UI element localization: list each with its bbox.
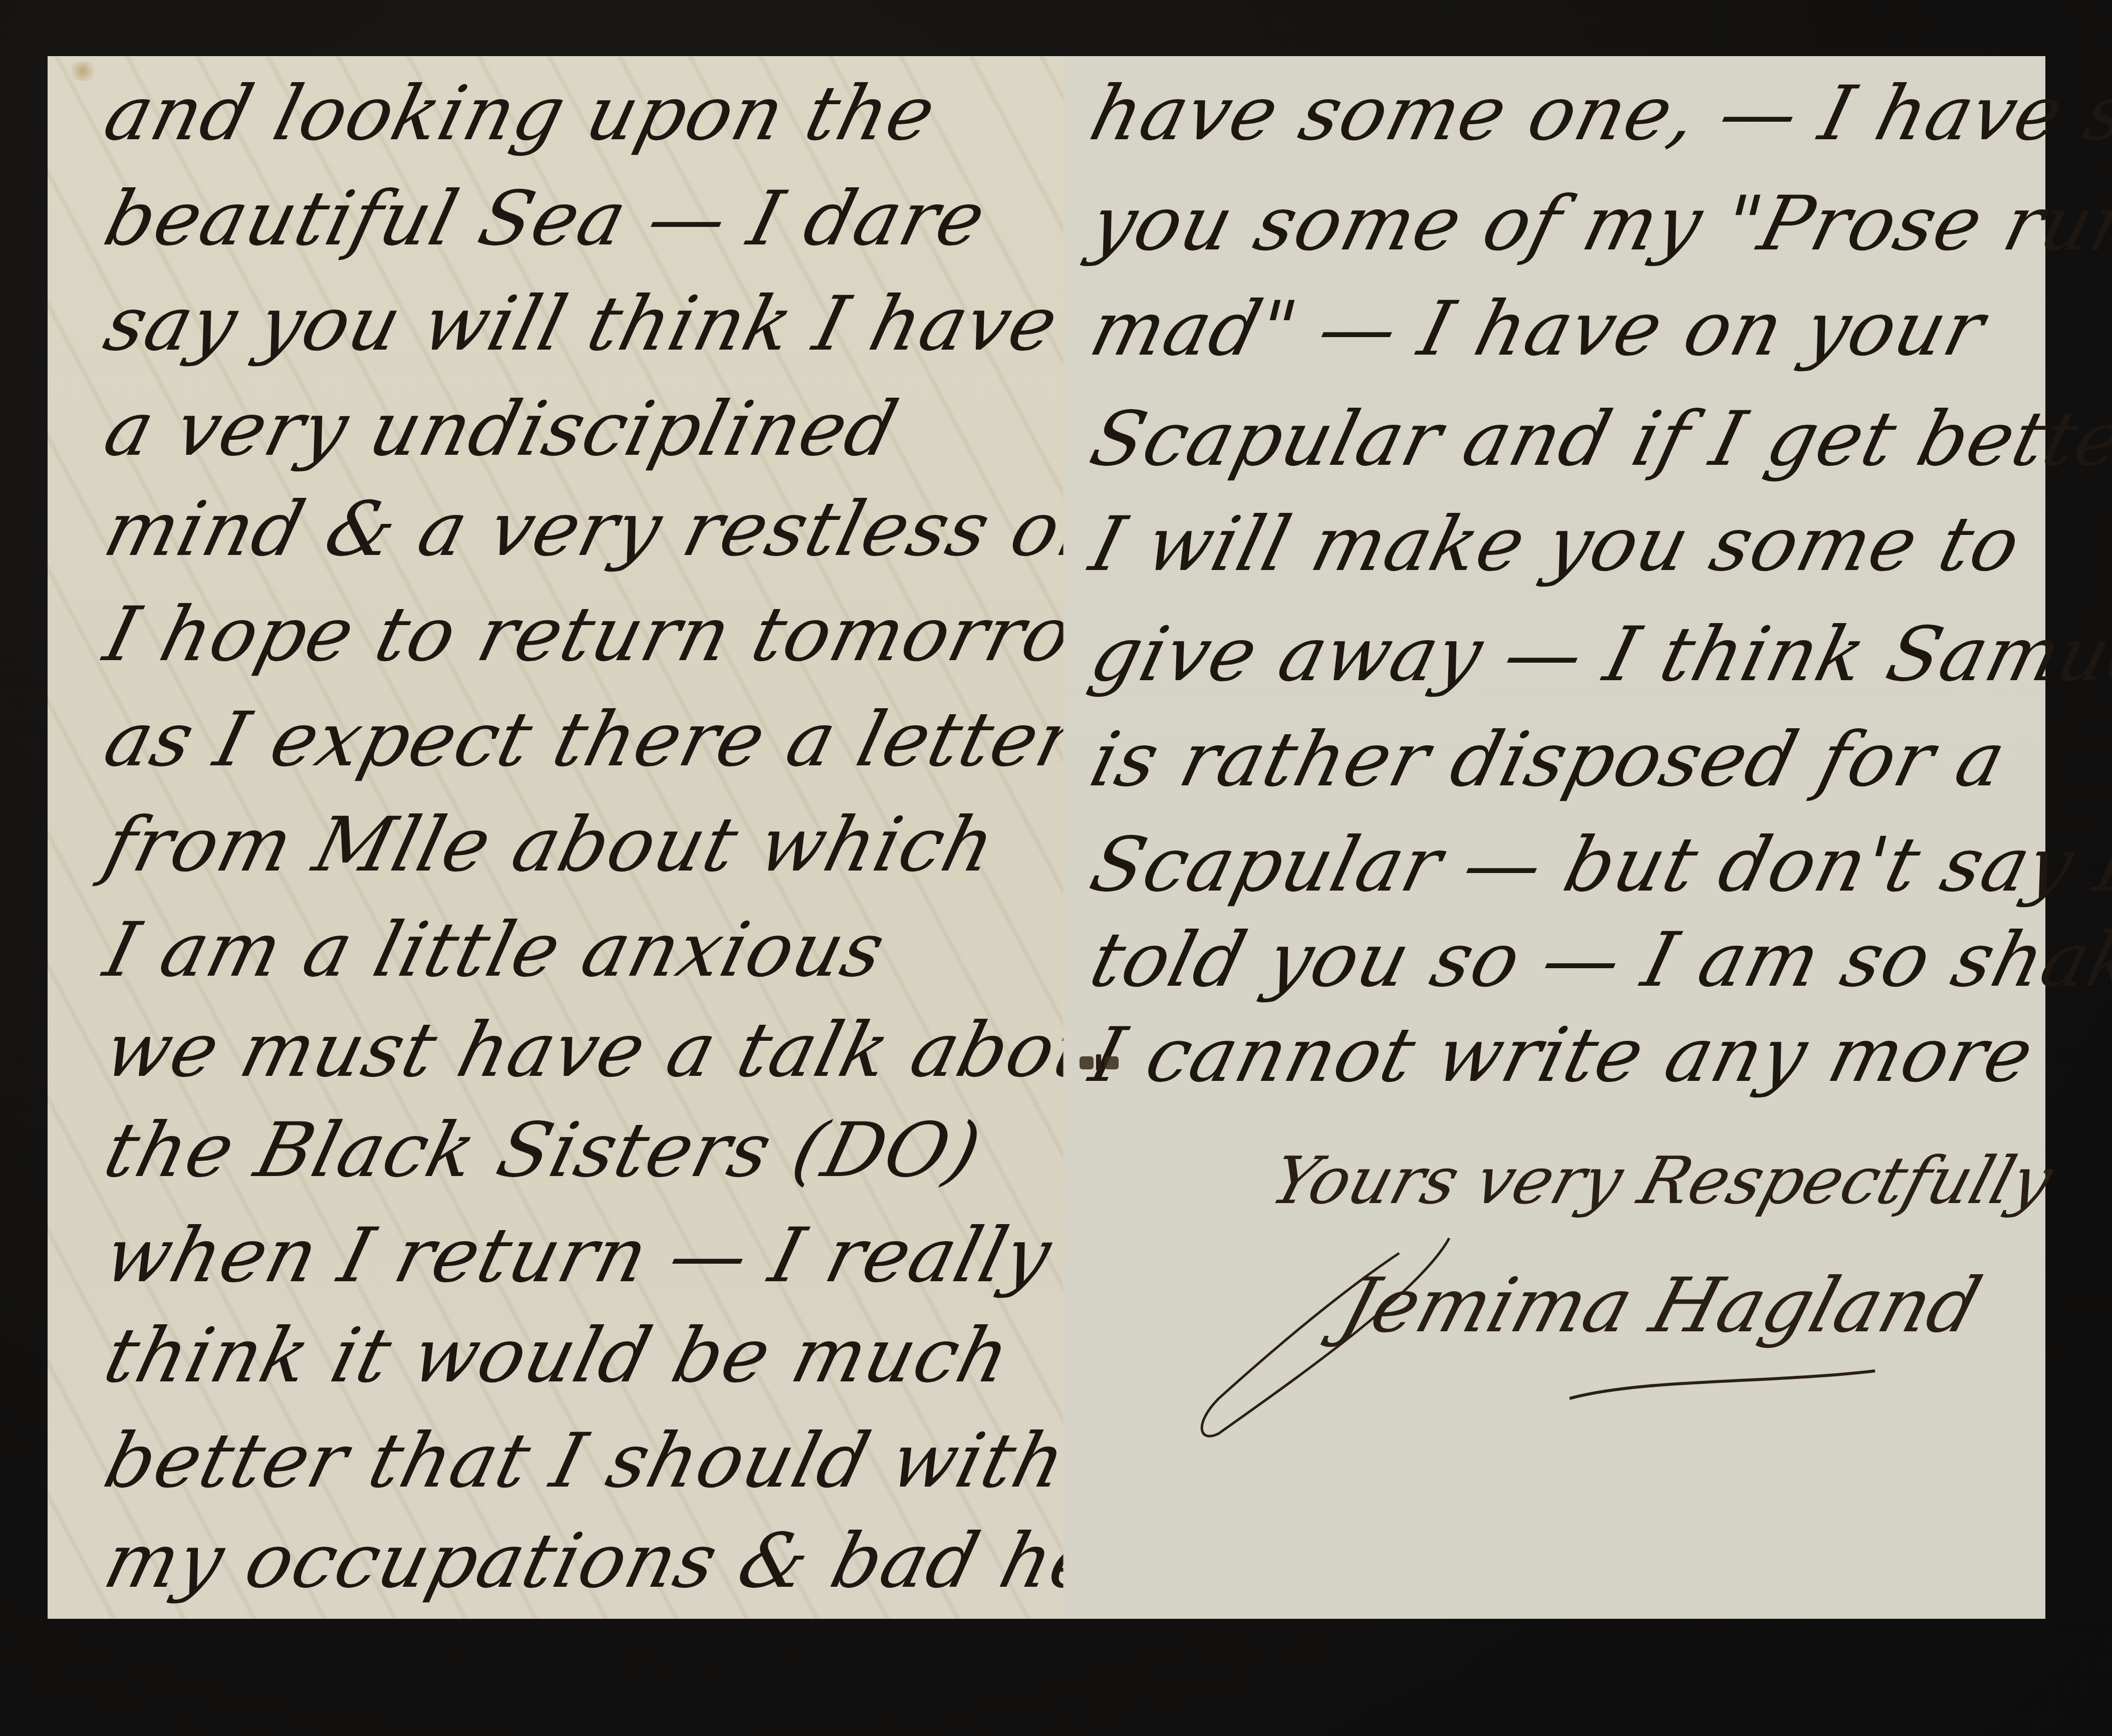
letter-line: we must have a talk about: [98, 1013, 1144, 1088]
letter-line: the Black Sisters (DO): [98, 1113, 988, 1188]
letter-line: when I return — I really: [98, 1218, 1059, 1293]
letter-line: better that I should with: [98, 1423, 1074, 1499]
letter-line: give away — I think Samuel: [1084, 617, 2112, 692]
letter-line: have some one, — I have sent: [1084, 76, 2112, 151]
letter-sheet: and looking upon the beautiful Sea — I d…: [48, 56, 2045, 1619]
letter-line: I cannot write any more: [1084, 1018, 2041, 1093]
letter-line: I will make you some to: [1084, 507, 2028, 582]
right-page: have some one, — I have sent you some of…: [1064, 56, 2045, 1619]
closing-salutation: Yours very Respectfully: [1264, 1148, 2059, 1213]
signature-flourish: [1189, 1233, 1489, 1443]
letter-line: you some of my "Prose run: [1084, 186, 2112, 261]
letter-line: beautiful Sea — I dare: [98, 181, 993, 256]
letter-line: as I expect there a letter: [98, 702, 1084, 777]
letter-line: say you will think I have: [98, 286, 1066, 362]
letter-line: think it would be much: [98, 1318, 1017, 1393]
letter-line: told you so — I am so shaky: [1084, 923, 2112, 998]
letter-line: mad" — I have on your: [1084, 292, 1992, 367]
letter-line: Scapular and if I get better: [1084, 402, 2112, 477]
letter-line: Scapular — but don't say I: [1084, 827, 2112, 903]
letter-line: is rather disposed for a: [1084, 722, 2013, 797]
letter-line: and looking upon the: [98, 76, 943, 151]
left-page: and looking upon the beautiful Sea — I d…: [48, 56, 1064, 1619]
letter-line: mind & a very restless one: [98, 492, 1164, 567]
letter-line: I hope to return tomorrow: [98, 597, 1145, 672]
letter-line: a very undisciplined: [98, 392, 905, 467]
signature-underline: [1569, 1368, 1880, 1403]
letter-line: I am a little anxious: [98, 913, 892, 988]
letter-line: from Mlle about which: [98, 807, 1003, 883]
left-page-text: and looking upon the beautiful Sea — I d…: [48, 56, 1064, 1619]
ink-blot-mark: [1077, 1050, 1122, 1073]
